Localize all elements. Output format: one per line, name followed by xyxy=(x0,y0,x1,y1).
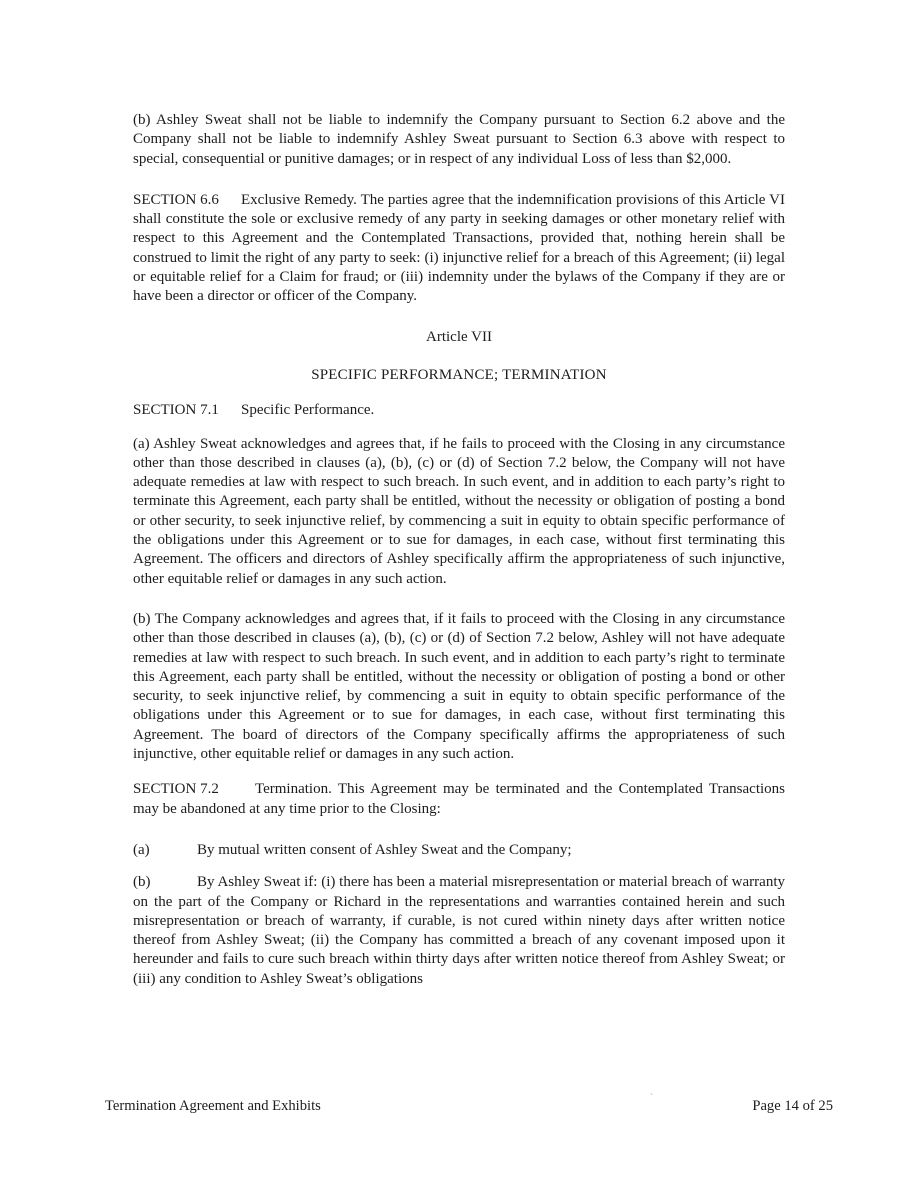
section-7-1-heading: SECTION 7.1Specific Performance. xyxy=(133,401,785,420)
section-6-6-label: SECTION 6.6 xyxy=(133,191,241,210)
article-vii-heading: Article VII xyxy=(133,328,785,347)
section-7-2-paragraph: SECTION 7.2Termination. This Agreement m… xyxy=(133,780,785,819)
section-7-1-title: Specific Performance. xyxy=(241,402,374,418)
clause-7-2-b-label: (b) xyxy=(133,873,197,892)
footer-page-number: Page 14 of 25 xyxy=(752,1097,833,1116)
clause-7-2-a-text: By mutual written consent of Ashley Swea… xyxy=(197,842,572,858)
clause-7-2-b-text: By Ashley Sweat if: (i) there has been a… xyxy=(133,874,785,986)
section-6-6-paragraph: SECTION 6.6Exclusive Remedy. The parties… xyxy=(133,191,785,307)
paragraph-6-5-b: (b) Ashley Sweat shall not be liable to … xyxy=(133,111,785,169)
footer-doc-title: Termination Agreement and Exhibits xyxy=(105,1097,321,1116)
clause-7-2-b: (b)By Ashley Sweat if: (i) there has bee… xyxy=(133,873,785,989)
document-body: (b) Ashley Sweat shall not be liable to … xyxy=(133,111,785,989)
page-footer: Termination Agreement and Exhibits Page … xyxy=(105,1097,833,1116)
section-7-2-label: SECTION 7.2 xyxy=(133,780,255,799)
paragraph-7-1-b: (b) The Company acknowledges and agrees … xyxy=(133,610,785,764)
paragraph-7-1-a: (a) Ashley Sweat acknowledges and agrees… xyxy=(133,435,785,589)
clause-7-2-a-label: (a) xyxy=(133,841,197,860)
document-page: (b) Ashley Sweat shall not be liable to … xyxy=(0,0,918,1188)
clause-7-2-a: (a)By mutual written consent of Ashley S… xyxy=(133,841,785,860)
article-vii-subtitle: SPECIFIC PERFORMANCE; TERMINATION xyxy=(133,366,785,385)
section-7-1-label: SECTION 7.1 xyxy=(133,401,241,420)
